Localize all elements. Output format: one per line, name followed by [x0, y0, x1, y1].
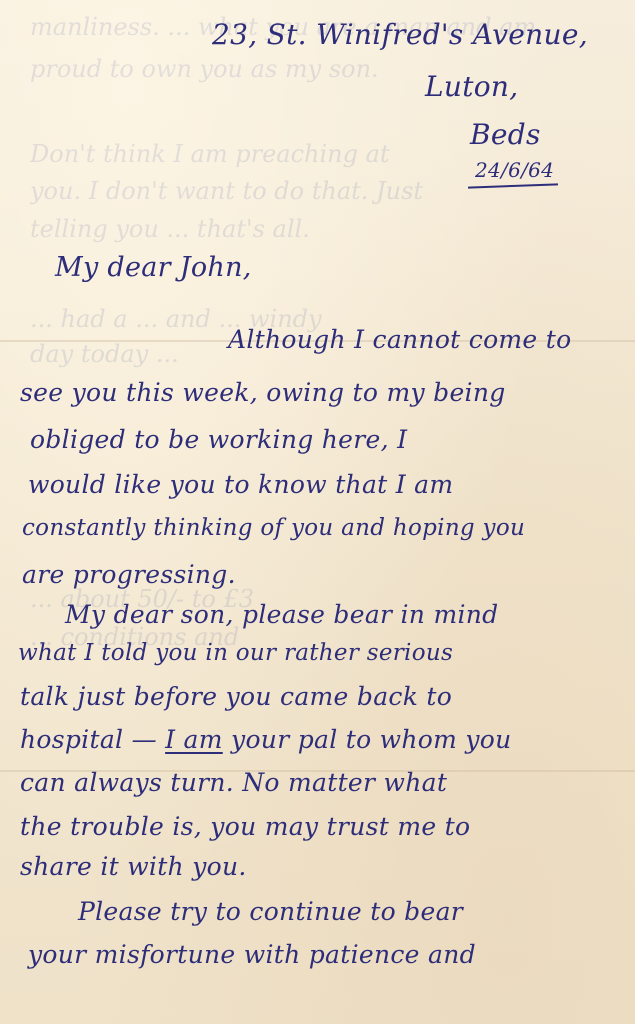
address-county: Beds — [470, 118, 541, 151]
body-line: would like you to know that I am — [28, 470, 453, 499]
body-line: obliged to be working here, I — [30, 425, 407, 454]
body-line: can always turn. No matter what — [20, 768, 447, 797]
body-line: are progressing. — [22, 560, 236, 589]
body-line: what I told you in our rather serious — [18, 640, 453, 666]
address-street: 23, St. Winifred's Avenue, — [212, 18, 588, 51]
body-line: the trouble is, you may trust me to — [20, 812, 470, 841]
letter-date: 24/6/64 — [475, 158, 554, 182]
body-line: your misfortune with patience and — [28, 940, 476, 969]
body-line: see you this week, owing to my being — [20, 378, 506, 407]
body-line: Although I cannot come to — [228, 325, 571, 354]
body-line: Please try to continue to bear — [78, 897, 463, 926]
body-line: talk just before you came back to — [20, 682, 452, 711]
body-line: constantly thinking of you and hoping yo… — [22, 515, 525, 541]
body-line: My dear son, please bear in mind — [65, 600, 498, 629]
address-town: Luton, — [425, 70, 518, 103]
body-line: share it with you. — [20, 852, 247, 881]
body-line-hospital: hospital — I am your pal to whom you — [20, 725, 512, 754]
emphasis-underlined: I am — [165, 725, 223, 754]
salutation: My dear John, — [55, 252, 252, 283]
